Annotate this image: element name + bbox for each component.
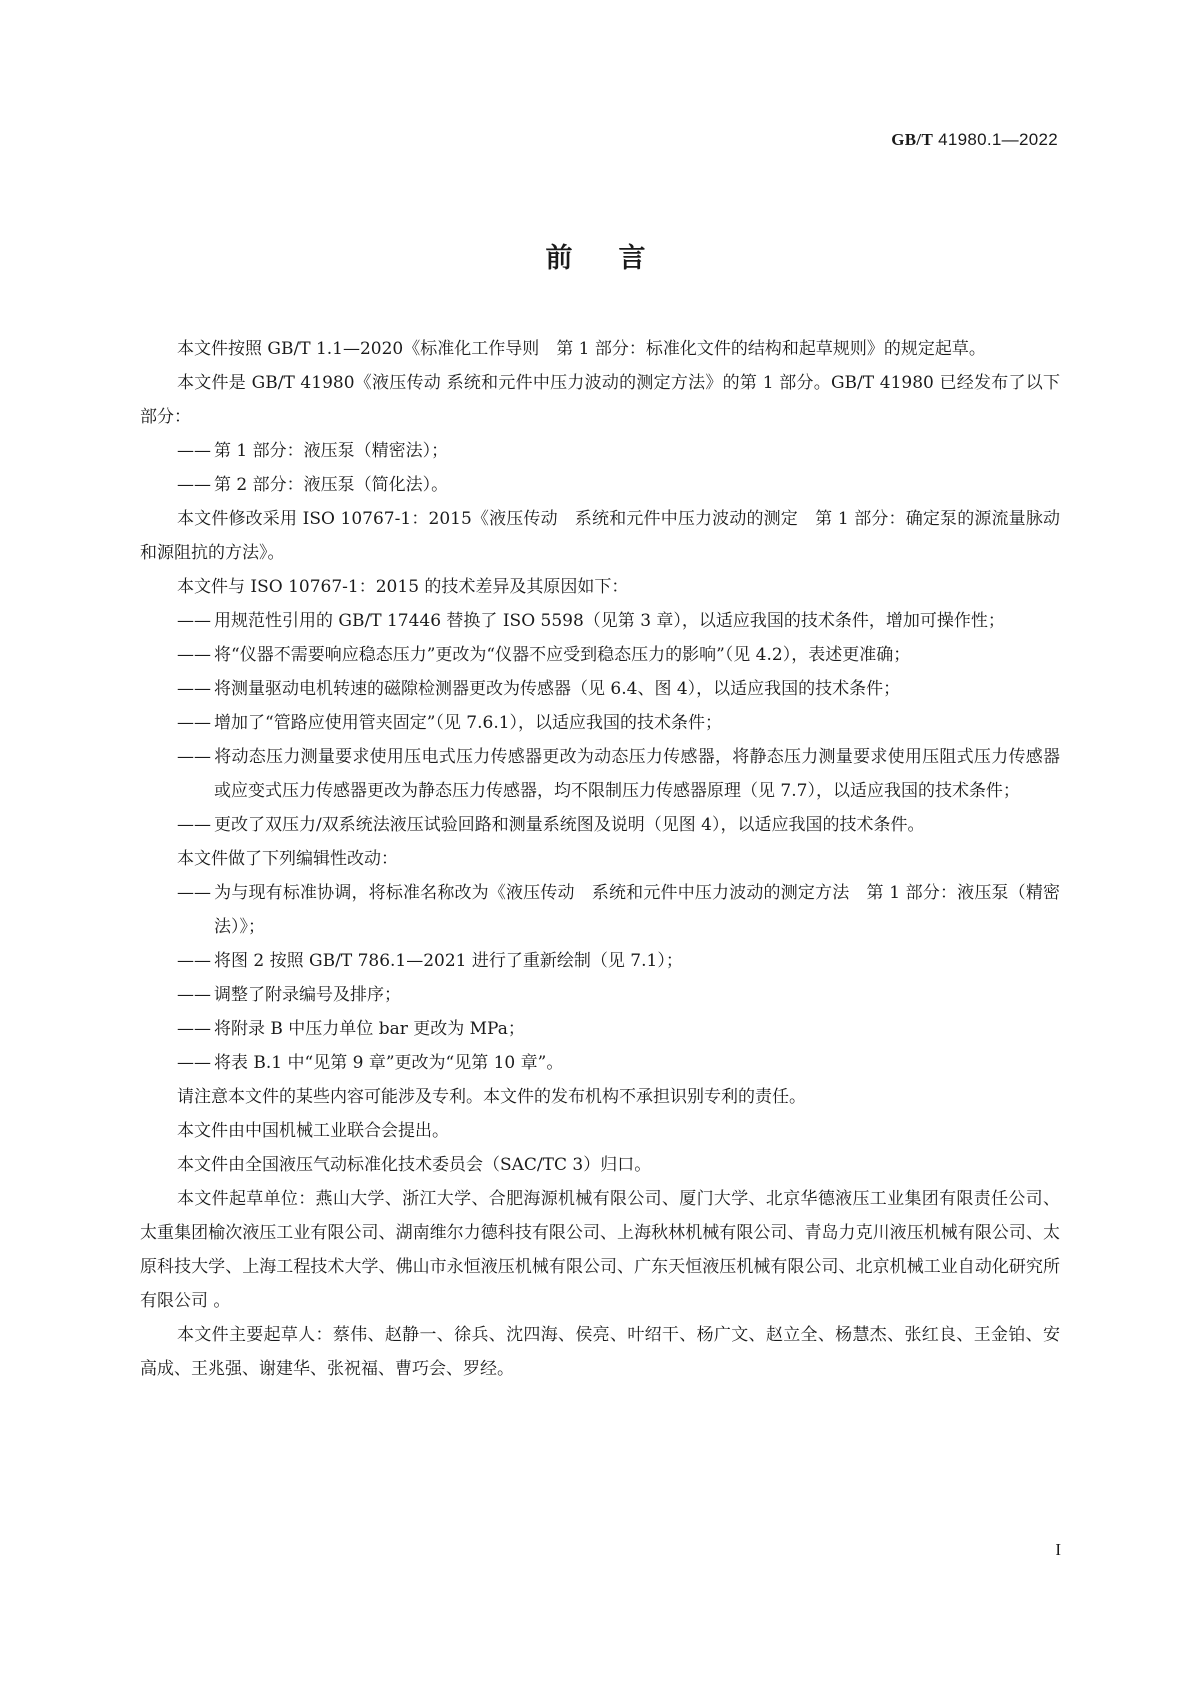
paragraph: 本文件由全国液压气动标准化技术委员会（SAC/TC 3）归口。: [140, 1148, 1060, 1182]
list-dash: ——: [177, 876, 214, 910]
list-dash: ——: [177, 808, 214, 842]
list-item-text: 用规范性引用的 GB/T 17446 替换了 ISO 5598（见第 3 章），…: [214, 611, 1005, 631]
paragraph: 本文件做了下列编辑性改动：: [140, 842, 1060, 876]
list-item: ——将图 2 按照 GB/T 786.1—2021 进行了重新绘制（见 7.1）…: [140, 944, 1060, 978]
list-item: ——增加了“管路应使用管夹固定”（见 7.6.1），以适应我国的技术条件；: [140, 706, 1060, 740]
list-dash: ——: [177, 978, 214, 1012]
list-item: ——调整了附录编号及排序；: [140, 978, 1060, 1012]
list-dash: ——: [177, 638, 214, 672]
list-item: ——将表 B.1 中“见第 9 章”更改为“见第 10 章”。: [140, 1046, 1060, 1080]
list-dash: ——: [177, 468, 214, 502]
list-dash: ——: [177, 1012, 214, 1046]
list-dash: ——: [177, 434, 214, 468]
list-item: ——第 2 部分：液压泵（简化法）。: [140, 468, 1060, 502]
list-item-text: 将表 B.1 中“见第 9 章”更改为“见第 10 章”。: [214, 1053, 563, 1073]
list-item-text: 将测量驱动电机转速的磁隙检测器更改为传感器（见 6.4、图 4），以适应我国的技…: [214, 679, 900, 699]
paragraph: 本文件按照 GB/T 1.1—2020《标准化工作导则 第 1 部分：标准化文件…: [140, 332, 1060, 366]
paragraph: 本文件与 ISO 10767-1：2015 的技术差异及其原因如下：: [140, 570, 1060, 604]
list-item-text: 调整了附录编号及排序；: [214, 985, 401, 1005]
list-item: ——为与现有标准协调，将标准名称改为《液压传动 系统和元件中压力波动的测定方法 …: [140, 876, 1060, 944]
list-item-text: 将“仪器不需要响应稳态压力”更改为“仪器不应受到稳态压力的影响”（见 4.2），…: [214, 645, 910, 665]
page-title: 前言: [0, 236, 1191, 275]
paragraph: 本文件修改采用 ISO 10767-1：2015《液压传动 系统和元件中压力波动…: [140, 502, 1060, 570]
list-item: ——更改了双压力/双系统法液压试验回路和测量系统图及说明（见图 4），以适应我国…: [140, 808, 1060, 842]
list-item-text: 将图 2 按照 GB/T 786.1—2021 进行了重新绘制（见 7.1）；: [214, 951, 683, 971]
paragraph: 本文件起草单位：燕山大学、浙江大学、合肥海源机械有限公司、厦门大学、北京华德液压…: [140, 1182, 1060, 1318]
list-dash: ——: [177, 740, 214, 774]
list-dash: ——: [177, 604, 214, 638]
list-item: ——将测量驱动电机转速的磁隙检测器更改为传感器（见 6.4、图 4），以适应我国…: [140, 672, 1060, 706]
page-number: I: [1055, 1540, 1061, 1560]
list-item: ——将动态压力测量要求使用压电式压力传感器更改为动态压力传感器，将静态压力测量要…: [140, 740, 1060, 808]
list-item: ——第 1 部分：液压泵（精密法）；: [140, 434, 1060, 468]
list-dash: ——: [177, 1046, 214, 1080]
paragraph: 本文件主要起草人：蔡伟、赵静一、徐兵、沈四海、侯亮、叶绍干、杨广文、赵立全、杨慧…: [140, 1318, 1060, 1386]
list-item-text: 为与现有标准协调，将标准名称改为《液压传动 系统和元件中压力波动的测定方法 第 …: [214, 883, 1060, 937]
paragraph: 请注意本文件的某些内容可能涉及专利。本文件的发布机构不承担识别专利的责任。: [140, 1080, 1060, 1114]
list-item-text: 将附录 B 中压力单位 bar 更改为 MPa；: [214, 1019, 525, 1039]
list-item-text: 第 2 部分：液压泵（简化法）。: [214, 475, 448, 495]
list-dash: ——: [177, 706, 214, 740]
standard-number: GB/T 41980.1—2022: [891, 130, 1058, 150]
standard-code: 41980.1—2022: [938, 130, 1058, 149]
list-item: ——用规范性引用的 GB/T 17446 替换了 ISO 5598（见第 3 章…: [140, 604, 1060, 638]
standard-prefix: GB/T: [891, 130, 933, 149]
list-item: ——将附录 B 中压力单位 bar 更改为 MPa；: [140, 1012, 1060, 1046]
list-item-text: 增加了“管路应使用管夹固定”（见 7.6.1），以适应我国的技术条件；: [214, 713, 722, 733]
list-item-text: 将动态压力测量要求使用压电式压力传感器更改为动态压力传感器，将静态压力测量要求使…: [214, 747, 1060, 801]
list-item-text: 第 1 部分：液压泵（精密法）；: [214, 441, 448, 461]
list-item-text: 更改了双压力/双系统法液压试验回路和测量系统图及说明（见图 4），以适应我国的技…: [214, 815, 924, 835]
list-dash: ——: [177, 944, 214, 978]
list-item: ——将“仪器不需要响应稳态压力”更改为“仪器不应受到稳态压力的影响”（见 4.2…: [140, 638, 1060, 672]
paragraph: 本文件是 GB/T 41980《液压传动 系统和元件中压力波动的测定方法》的第 …: [140, 366, 1060, 434]
paragraph: 本文件由中国机械工业联合会提出。: [140, 1114, 1060, 1148]
foreword-body: 本文件按照 GB/T 1.1—2020《标准化工作导则 第 1 部分：标准化文件…: [140, 332, 1060, 1386]
list-dash: ——: [177, 672, 214, 706]
